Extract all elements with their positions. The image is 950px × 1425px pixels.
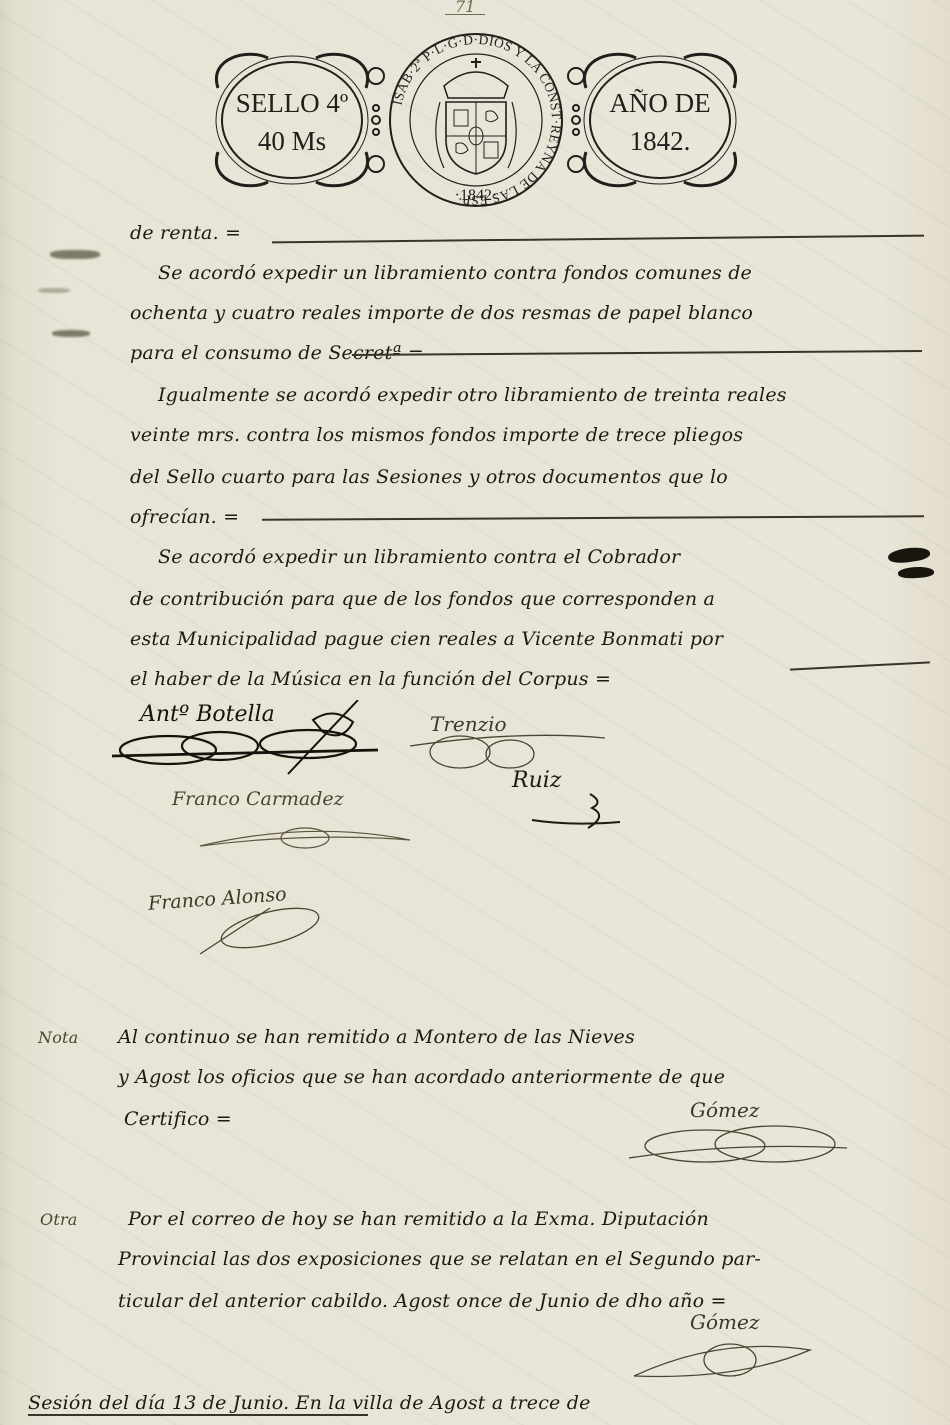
folio-number: 71 xyxy=(445,0,485,15)
line-fill-rule xyxy=(272,235,924,243)
note-line: y Agost los oficios que se han acordado … xyxy=(118,1066,725,1088)
note-line: ticular del anterior cabildo. Agost once… xyxy=(118,1290,727,1312)
margin-label-nota: Nota xyxy=(38,1028,78,1047)
ink-blot xyxy=(887,545,931,565)
note-line: Certifico = xyxy=(124,1108,232,1130)
manuscript-line: el haber de la Música en la función del … xyxy=(130,668,611,690)
stamp-left-cartouche: SELLO 4º 40 Ms xyxy=(232,84,352,160)
session-underline xyxy=(28,1414,368,1416)
line-fill-rule xyxy=(790,661,930,670)
margin-label-otra: Otra xyxy=(40,1210,78,1229)
ink-smudge xyxy=(50,250,100,259)
stamp-class: SELLO 4º xyxy=(232,84,352,122)
ink-blot xyxy=(898,566,935,579)
manuscript-line: de renta. = xyxy=(130,222,241,244)
manuscript-line: de contribución para que de los fondos q… xyxy=(130,588,715,610)
manuscript-page: 71 xyxy=(0,0,950,1425)
stamp-year: 1842. xyxy=(600,122,720,160)
manuscript-line: Se acordó expedir un libramiento contra … xyxy=(158,262,752,284)
stamp-value: 40 Ms xyxy=(232,122,352,160)
ink-smudge xyxy=(52,330,90,337)
manuscript-line: ofrecían. = xyxy=(130,506,239,528)
signature-flourish xyxy=(625,1118,855,1173)
tax-stamp: ISAB·2ª P·L·G·D·DIOS Y LA CONST·REYNA DE… xyxy=(208,28,744,214)
signature-flourish xyxy=(190,810,430,860)
manuscript-line: Se acordó expedir un libramiento contra … xyxy=(158,546,680,568)
signature-flourish xyxy=(530,790,630,830)
line-fill-rule xyxy=(352,350,922,355)
note-line: Por el correo de hoy se han remitido a l… xyxy=(128,1208,709,1230)
stamp-right-cartouche: AÑO DE 1842. xyxy=(600,84,720,160)
seal-year: ·1842· xyxy=(455,187,498,204)
stamp-year-label: AÑO DE xyxy=(600,84,720,122)
signature-flourish xyxy=(108,700,408,790)
signature-flourish xyxy=(620,1330,820,1390)
note-line: Al continuo se han remitido a Montero de… xyxy=(118,1026,635,1048)
line-fill-rule xyxy=(262,515,924,520)
manuscript-line: Igualmente se acordó expedir otro libram… xyxy=(158,384,787,406)
manuscript-line: veinte mrs. contra los mismos fondos imp… xyxy=(130,424,743,446)
note-line: Provincial las dos exposiciones que se r… xyxy=(118,1248,761,1270)
signature-carmadez: Franco Carmadez xyxy=(172,788,344,810)
manuscript-line: esta Municipalidad pague cien reales a V… xyxy=(130,628,723,650)
manuscript-line: ochenta y cuatro reales importe de dos r… xyxy=(130,302,753,324)
signature-flourish xyxy=(190,898,340,958)
signature-flourish xyxy=(400,730,620,790)
manuscript-line: del Sello cuarto para las Sesiones y otr… xyxy=(130,466,728,488)
ink-smudge xyxy=(38,288,70,293)
session-heading: Sesión del día 13 de Junio. En la villa … xyxy=(28,1392,591,1414)
